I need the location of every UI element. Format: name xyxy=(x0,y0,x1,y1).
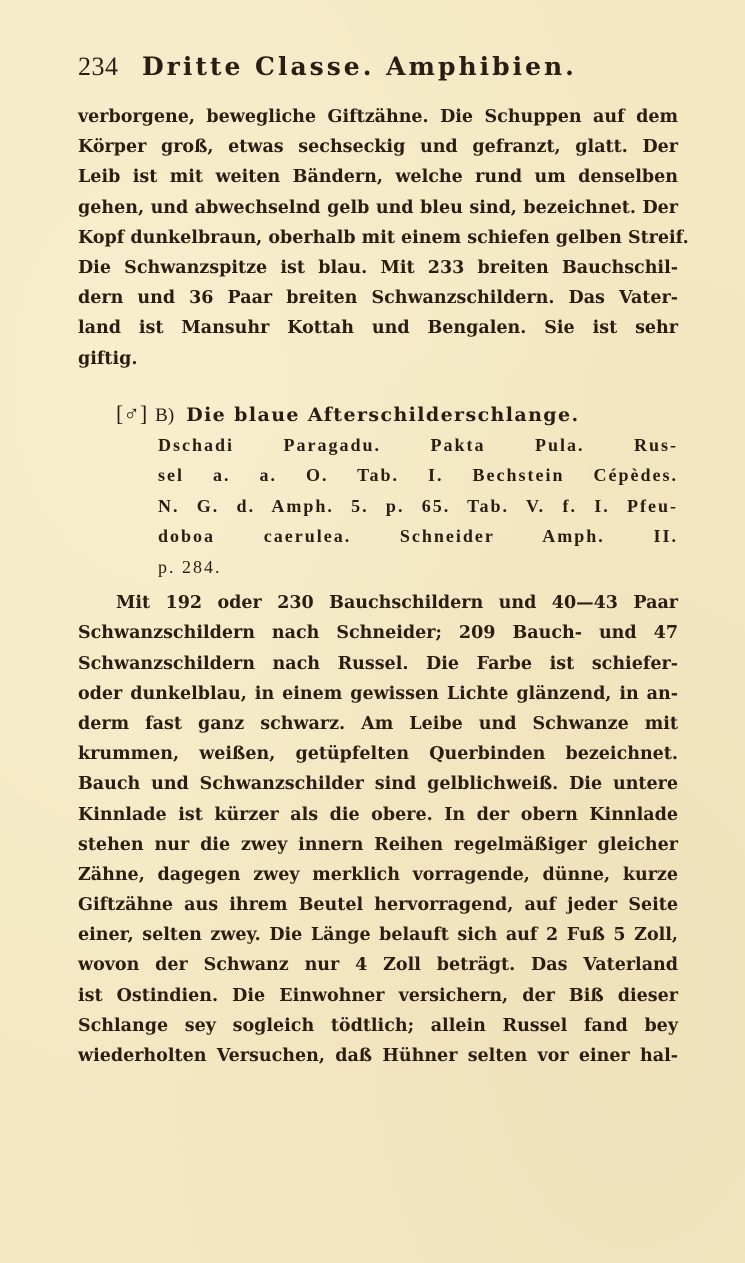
text-line: wovon der Schwanz nur 4 Zoll beträgt. Da… xyxy=(78,950,678,980)
description-paragraph: Mit 192 oder 230 Bauchschildern und 40—4… xyxy=(78,588,678,1071)
entry-letter: B) xyxy=(155,405,174,426)
text-line: dern und 36 Paar breiten Schwanzschilder… xyxy=(78,283,678,313)
synonym-line: doboa caerulea. Schneider Amph. II. xyxy=(158,521,678,552)
entry-title: Die blaue Afterschilderschlange. xyxy=(186,404,579,426)
text-line: stehen nur die zwey innern Reihen regelm… xyxy=(78,830,678,860)
text-line: verborgene, bewegliche Giftzähne. Die Sc… xyxy=(78,102,678,132)
text-line: Schlange sey sogleich tödtlich; allein R… xyxy=(78,1011,678,1041)
species-entry: [♂] B) Die blaue Afterschilderschlange. … xyxy=(78,398,678,583)
text-line: giftig. xyxy=(78,344,678,374)
page-number: 234 xyxy=(78,52,142,82)
synonym-line: sel a. a. O. Tab. I. Bechstein Cépèdes. xyxy=(158,460,678,491)
text-line: krummen, weißen, getüpfelten Querbinden … xyxy=(78,739,678,769)
text-line: Körper groß, etwas sechseckig und gefran… xyxy=(78,132,678,162)
text-line: oder dunkelblau, in einem gewissen Licht… xyxy=(78,679,678,709)
text-line: gehen, und abwechselnd gelb und bleu sin… xyxy=(78,193,678,223)
text-line: wiederholten Versuchen, daß Hühner selte… xyxy=(78,1041,678,1071)
entry-heading: [♂] B) Die blaue Afterschilderschlange. xyxy=(116,398,678,430)
text-line: ist Ostindien. Die Einwohner versichern,… xyxy=(78,981,678,1011)
text-line: Kopf dunkelbraun, oberhalb mit einem sch… xyxy=(78,223,678,253)
running-head: Dritte Classe. Amphibien. xyxy=(142,52,577,81)
text-line: Giftzähne aus ihrem Beutel hervorragend,… xyxy=(78,890,678,920)
paragraph-continuation: verborgene, bewegliche Giftzähne. Die Sc… xyxy=(78,102,678,374)
text-line: derm fast ganz schwarz. Am Leibe und Sch… xyxy=(78,709,678,739)
text-line: Leib ist mit weiten Bändern, welche rund… xyxy=(78,162,678,192)
text-line: einer, selten zwey. Die Länge belauft si… xyxy=(78,920,678,950)
synonym-line: Dschadi Paragadu. Pakta Pula. Rus- xyxy=(158,430,678,461)
book-page: 234 Dritte Classe. Amphibien. verborgene… xyxy=(78,52,678,1071)
page-header: 234 Dritte Classe. Amphibien. xyxy=(78,52,678,92)
text-line: land ist Mansuhr Kottah und Bengalen. Si… xyxy=(78,313,678,343)
text-line: Bauch und Schwanzschilder sind gelblichw… xyxy=(78,769,678,799)
text-line: Die Schwanzspitze ist blau. Mit 233 brei… xyxy=(78,253,678,283)
text-line: Zähne, dagegen zwey merklich vorragende,… xyxy=(78,860,678,890)
male-symbol-marker: [♂] xyxy=(116,401,147,426)
text-line: Mit 192 oder 230 Bauchschildern und 40—4… xyxy=(78,588,678,618)
text-line: Kinnlade ist kürzer als die obere. In de… xyxy=(78,800,678,830)
text-line: Schwanzschildern nach Russel. Die Farbe … xyxy=(78,649,678,679)
text-line: Schwanzschildern nach Schneider; 209 Bau… xyxy=(78,618,678,648)
synonym-line: p. 284. xyxy=(158,552,678,583)
synonym-line: N. G. d. Amph. 5. p. 65. Tab. V. f. I. P… xyxy=(158,491,678,522)
